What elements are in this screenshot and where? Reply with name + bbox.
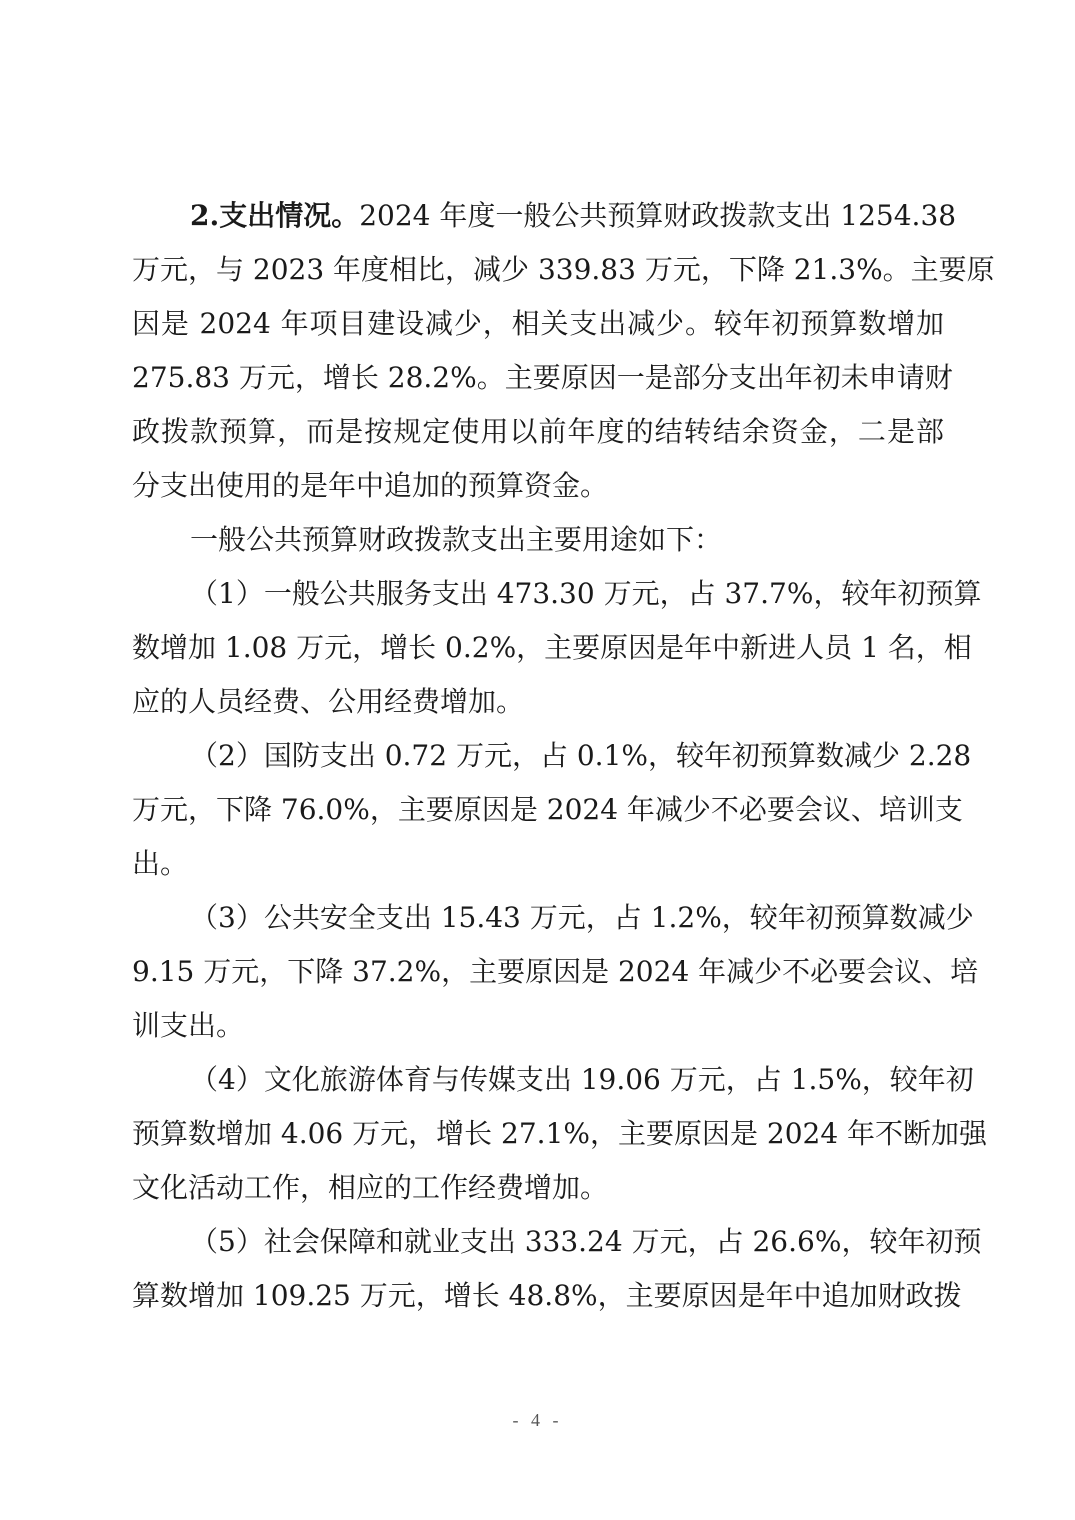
text-line: 应的人员经费、公用经费增加。 (132, 675, 944, 729)
paragraph-item-4: （4）文化旅游体育与传媒支出 19.06 万元，占 1.5%，较年初 预算数增加… (132, 1053, 944, 1215)
text-line: 算数增加 109.25 万元，增长 48.8%，主要原因是年中追加财政拨 (132, 1269, 944, 1323)
text-line: 政拨款预算，而是按规定使用以前年度的结转结余资金，二是部 (132, 405, 944, 459)
paragraph-item-3: （3）公共安全支出 15.43 万元，占 1.2%，较年初预算数减少 9.15 … (132, 891, 944, 1053)
text-line: （2）国防支出 0.72 万元，占 0.1%，较年初预算数减少 2.28 (132, 729, 944, 783)
text-line: 因是 2024 年项目建设减少，相关支出减少。较年初预算数增加 (132, 297, 944, 351)
text-line: 训支出。 (132, 999, 944, 1053)
document-body: 2.支出情况。2024 年度一般公共预算财政拨款支出 1254.38 万元，与 … (132, 189, 944, 1323)
section-heading: 2.支出情况。 (190, 199, 359, 232)
text-line: （1）一般公共服务支出 473.30 万元，占 37.7%，较年初预算 (132, 567, 944, 621)
text-line: （5）社会保障和就业支出 333.24 万元，占 26.6%，较年初预 (132, 1215, 944, 1269)
text-line: 275.83 万元，增长 28.2%。主要原因一是部分支出年初未申请财 (132, 351, 944, 405)
paragraph-item-1: （1）一般公共服务支出 473.30 万元，占 37.7%，较年初预算 数增加 … (132, 567, 944, 729)
text-line: 万元，与 2023 年度相比，减少 339.83 万元，下降 21.3%。主要原 (132, 243, 944, 297)
paragraph-item-2: （2）国防支出 0.72 万元，占 0.1%，较年初预算数减少 2.28 万元，… (132, 729, 944, 891)
text-line-content: 2024 年度一般公共预算财政拨款支出 1254.38 (359, 199, 956, 232)
text-line: 预算数增加 4.06 万元，增长 27.1%，主要原因是 2024 年不断加强 (132, 1107, 944, 1161)
text-line: 出。 (132, 837, 944, 891)
text-line: 数增加 1.08 万元，增长 0.2%，主要原因是年中新进人员 1 名，相 (132, 621, 944, 675)
paragraph-item-5: （5）社会保障和就业支出 333.24 万元，占 26.6%，较年初预 算数增加… (132, 1215, 944, 1323)
text-line: 文化活动工作，相应的工作经费增加。 (132, 1161, 944, 1215)
paragraph-expenditure-summary: 2.支出情况。2024 年度一般公共预算财政拨款支出 1254.38 万元，与 … (132, 189, 944, 513)
document-page: 2.支出情况。2024 年度一般公共预算财政拨款支出 1254.38 万元，与 … (0, 0, 1075, 1520)
text-line: 一般公共预算财政拨款支出主要用途如下： (132, 513, 944, 567)
text-line: 万元，下降 76.0%，主要原因是 2024 年减少不必要会议、培训支 (132, 783, 944, 837)
text-line: 分支出使用的是年中追加的预算资金。 (132, 459, 944, 513)
text-line: （3）公共安全支出 15.43 万元，占 1.2%，较年初预算数减少 (132, 891, 944, 945)
page-number: - 4 - (0, 1410, 1075, 1431)
text-line: 2.支出情况。2024 年度一般公共预算财政拨款支出 1254.38 (132, 189, 944, 243)
text-line: （4）文化旅游体育与传媒支出 19.06 万元，占 1.5%，较年初 (132, 1053, 944, 1107)
paragraph-uses-intro: 一般公共预算财政拨款支出主要用途如下： (132, 513, 944, 567)
text-line: 9.15 万元，下降 37.2%，主要原因是 2024 年减少不必要会议、培 (132, 945, 944, 999)
